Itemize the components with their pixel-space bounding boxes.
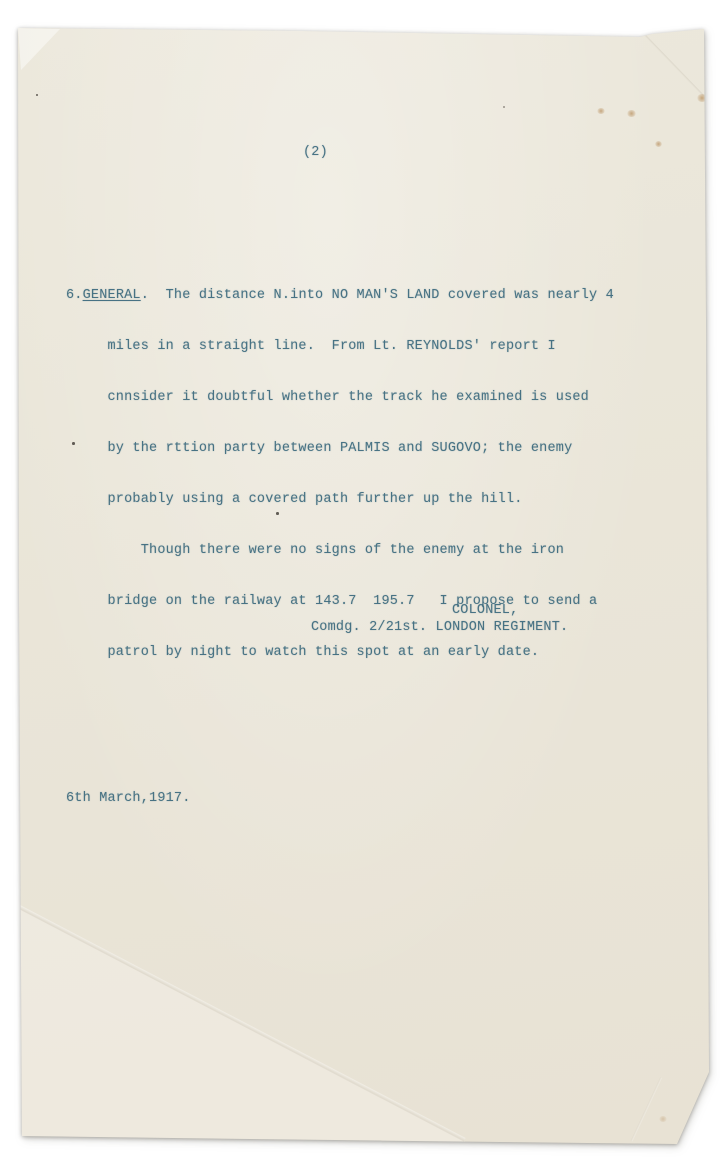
paragraph-line: miles in a straight line. From Lt. REYNO… [66, 338, 614, 355]
signature-unit: Comdg. 2/21st. LONDON REGIMENT. [311, 619, 568, 636]
paragraph-line: patrol by night to watch this spot at an… [66, 644, 614, 661]
paragraph-line-1-rest: . The distance N.into NO MAN'S LAND cove… [141, 288, 614, 303]
paragraph-heading: GENERAL [83, 288, 141, 303]
paragraph-line: cnnsider it doubtful whether the track h… [66, 389, 614, 406]
paragraph-line: bridge on the railway at 143.7 195.7 I p… [66, 593, 614, 610]
paragraph-line: by the rttion party between PALMIS and S… [66, 440, 614, 457]
paragraph-line: Though there were no signs of the enemy … [66, 542, 614, 559]
paragraph-number: 6. [66, 288, 83, 303]
signature-rank: COLONEL, [452, 602, 518, 619]
paragraph-line-1: 6.GENERAL. The distance N.into NO MAN'S … [66, 287, 614, 304]
typewritten-text-layer: (2) 6.GENERAL. The distance N.into NO MA… [0, 0, 727, 1167]
scanned-document: (2) 6.GENERAL. The distance N.into NO MA… [0, 0, 727, 1167]
page-number: (2) [303, 144, 328, 161]
date-line: 6th March,1917. [66, 790, 191, 807]
paragraph-line: probably using a covered path further up… [66, 491, 614, 508]
